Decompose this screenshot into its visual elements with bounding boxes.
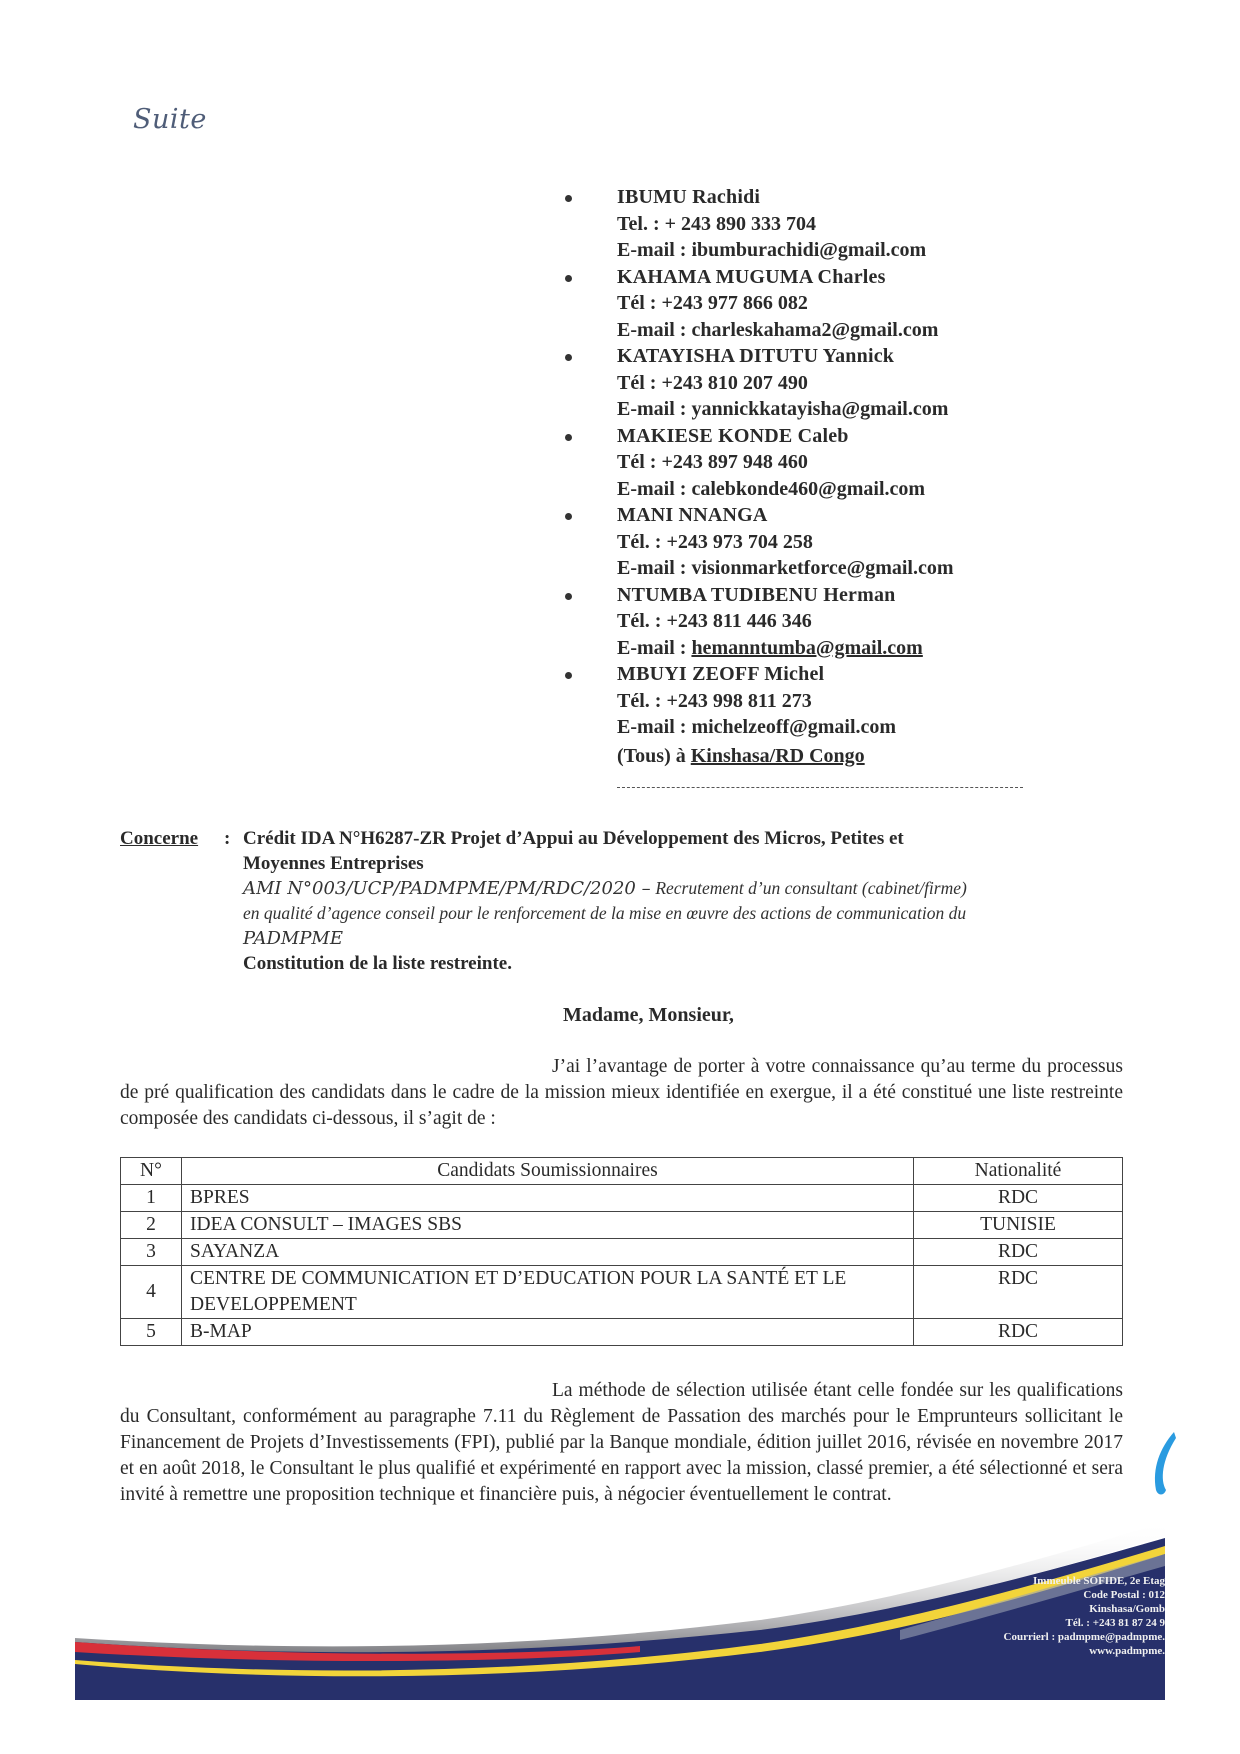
row-candidate: IDEA CONSULT – IMAGES SBS	[182, 1212, 914, 1239]
row-candidate: B-MAP	[182, 1319, 914, 1346]
recipient-email: E-mail : ibumburachidi@gmail.com	[617, 237, 1085, 264]
table-header-row: N° Candidats Soumissionnaires Nationalit…	[121, 1158, 1123, 1185]
header-nationality: Nationalité	[914, 1158, 1123, 1185]
salutation: Madame, Monsieur,	[563, 1004, 734, 1027]
row-nationality: TUNISIE	[914, 1212, 1123, 1239]
recipient-phone: Tél. : +243 811 446 346	[617, 608, 1085, 635]
table-row: 3SAYANZARDC	[121, 1239, 1123, 1266]
recipient-item: MBUYI ZEOFF MichelTél. : +243 998 811 27…	[565, 661, 1085, 741]
recipients-location: (Tous) à Kinshasa/RD Congo	[617, 745, 865, 768]
recipient-email: E-mail : michelzeoff@gmail.com	[617, 714, 1085, 741]
recipient-item: KAHAMA MUGUMA CharlesTél : +243 977 866 …	[565, 264, 1085, 344]
recipient-name: IBUMU Rachidi	[617, 184, 1085, 211]
recipient-item: MAKIESE KONDE CalebTél : +243 897 948 46…	[565, 423, 1085, 503]
recipient-email-address[interactable]: visionmarketforce@gmail.com	[691, 557, 953, 579]
recipient-email-address[interactable]: calebkonde460@gmail.com	[691, 478, 925, 500]
separator-line	[617, 787, 1023, 788]
table-row: 1BPRESRDC	[121, 1185, 1123, 1212]
recipient-item: KATAYISHA DITUTU YannickTél : +243 810 2…	[565, 343, 1085, 423]
ami-description-3: PADMPME	[243, 926, 1123, 951]
recipient-name: KATAYISHA DITUTU Yannick	[617, 343, 1085, 370]
header-candidates: Candidats Soumissionnaires	[182, 1158, 914, 1185]
bullet-icon	[565, 354, 572, 361]
row-nationality: RDC	[914, 1185, 1123, 1212]
footer-email[interactable]: Courrierl : padmpme@padmpme.	[965, 1630, 1165, 1644]
row-number: 4	[121, 1266, 182, 1319]
bullet-icon	[565, 434, 572, 441]
bullet-icon	[565, 195, 572, 202]
recipient-item: IBUMU RachidiTel. : + 243 890 333 704E-m…	[565, 184, 1085, 264]
row-number: 3	[121, 1239, 182, 1266]
paragraph-intro-text: J’ai l’avantage de porter à votre connai…	[120, 1056, 1123, 1129]
row-candidate: BPRES	[182, 1185, 914, 1212]
table-row: 4CENTRE DE COMMUNICATION ET D’EDUCATION …	[121, 1266, 1123, 1319]
recipient-item: NTUMBA TUDIBENU HermanTél. : +243 811 44…	[565, 582, 1085, 662]
row-nationality: RDC	[914, 1319, 1123, 1346]
recipient-name: KAHAMA MUGUMA Charles	[617, 264, 1085, 291]
recipient-item: MANI NNANGATél. : +243 973 704 258E-mail…	[565, 502, 1085, 582]
recipient-email-address[interactable]: ibumburachidi@gmail.com	[691, 239, 926, 261]
subject-credit-line-2: Moyennes Entreprises	[243, 851, 1123, 876]
subject-label: Concerne	[120, 826, 198, 851]
recipient-phone: Tél : +243 897 948 460	[617, 449, 1085, 476]
footer-city: Kinshasa/Gomb	[965, 1602, 1165, 1616]
footer-contact-block: Immeuble SOFIDE, 2e Etag Code Postal : 0…	[965, 1574, 1165, 1658]
ami-reference: AMI N°003/UCP/PADMPME/PM/RDC/2020 –	[243, 878, 651, 899]
bullet-icon	[565, 672, 572, 679]
letter-page: Suite IBUMU RachidiTel. : + 243 890 333 …	[0, 0, 1240, 1754]
subject-ami-line: AMI N°003/UCP/PADMPME/PM/RDC/2020 – Recr…	[243, 876, 1123, 901]
recipient-phone: Tel. : + 243 890 333 704	[617, 211, 1085, 238]
recipient-name: MANI NNANGA	[617, 502, 1085, 529]
recipient-email-address[interactable]: charleskahama2@gmail.com	[691, 319, 938, 341]
table-row: 5B-MAPRDC	[121, 1319, 1123, 1346]
recipient-name: NTUMBA TUDIBENU Herman	[617, 582, 1085, 609]
footer-website[interactable]: www.padmpme.	[965, 1644, 1165, 1658]
header-number: N°	[121, 1158, 182, 1185]
footer-postal-code: Code Postal : 012	[965, 1588, 1165, 1602]
subject-body: Crédit IDA N°H6287-ZR Projet d’Appui au …	[243, 826, 1123, 976]
row-nationality: RDC	[914, 1266, 1123, 1319]
recipient-email-address[interactable]: hemanntumba@gmail.com	[691, 637, 922, 659]
subject-credit-line: Crédit IDA N°H6287-ZR Projet d’Appui au …	[243, 826, 1123, 851]
recipient-phone: Tél. : +243 998 811 273	[617, 688, 1085, 715]
bullet-icon	[565, 513, 572, 520]
recipient-phone: Tél : +243 977 866 082	[617, 290, 1085, 317]
bullet-icon	[565, 275, 572, 282]
recipient-email: E-mail : charleskahama2@gmail.com	[617, 317, 1085, 344]
row-candidate: SAYANZA	[182, 1239, 914, 1266]
recipient-email: E-mail : hemanntumba@gmail.com	[617, 635, 1085, 662]
row-candidate: CENTRE DE COMMUNICATION ET D’EDUCATION P…	[182, 1266, 914, 1319]
ami-description-2: en qualité d’agence conseil pour le renf…	[243, 901, 1123, 926]
paragraph-intro: J’ai l’avantage de porter à votre connai…	[120, 1054, 1123, 1132]
recipient-list: IBUMU RachidiTel. : + 243 890 333 704E-m…	[565, 184, 1085, 741]
subject-colon: :	[224, 826, 230, 851]
location-prefix: (Tous) à	[617, 745, 686, 767]
recipient-phone: Tél. : +243 973 704 258	[617, 529, 1085, 556]
subject-title: Constitution de la liste restreinte.	[243, 951, 1123, 976]
recipient-email-address[interactable]: yannickkatayisha@gmail.com	[691, 398, 948, 420]
shortlist-table: N° Candidats Soumissionnaires Nationalit…	[120, 1157, 1123, 1346]
row-number: 5	[121, 1319, 182, 1346]
continuation-label: Suite	[133, 104, 207, 135]
recipient-phone: Tél : +243 810 207 490	[617, 370, 1085, 397]
row-number: 2	[121, 1212, 182, 1239]
recipient-email: E-mail : visionmarketforce@gmail.com	[617, 555, 1085, 582]
row-number: 1	[121, 1185, 182, 1212]
location-place: Kinshasa/RD Congo	[691, 745, 865, 767]
bullet-icon	[565, 593, 572, 600]
ami-description: Recrutement d’un consultant (cabinet/fir…	[655, 878, 967, 898]
table-row: 2IDEA CONSULT – IMAGES SBSTUNISIE	[121, 1212, 1123, 1239]
recipient-email: E-mail : yannickkatayisha@gmail.com	[617, 396, 1085, 423]
recipient-email-address[interactable]: michelzeoff@gmail.com	[691, 716, 896, 738]
recipient-name: MAKIESE KONDE Caleb	[617, 423, 1085, 450]
row-nationality: RDC	[914, 1239, 1123, 1266]
footer-address: Immeuble SOFIDE, 2e Etag	[965, 1574, 1165, 1588]
recipient-email: E-mail : calebkonde460@gmail.com	[617, 476, 1085, 503]
footer-phone: Tél. : +243 81 87 24 9	[965, 1616, 1165, 1630]
recipient-name: MBUYI ZEOFF Michel	[617, 661, 1085, 688]
